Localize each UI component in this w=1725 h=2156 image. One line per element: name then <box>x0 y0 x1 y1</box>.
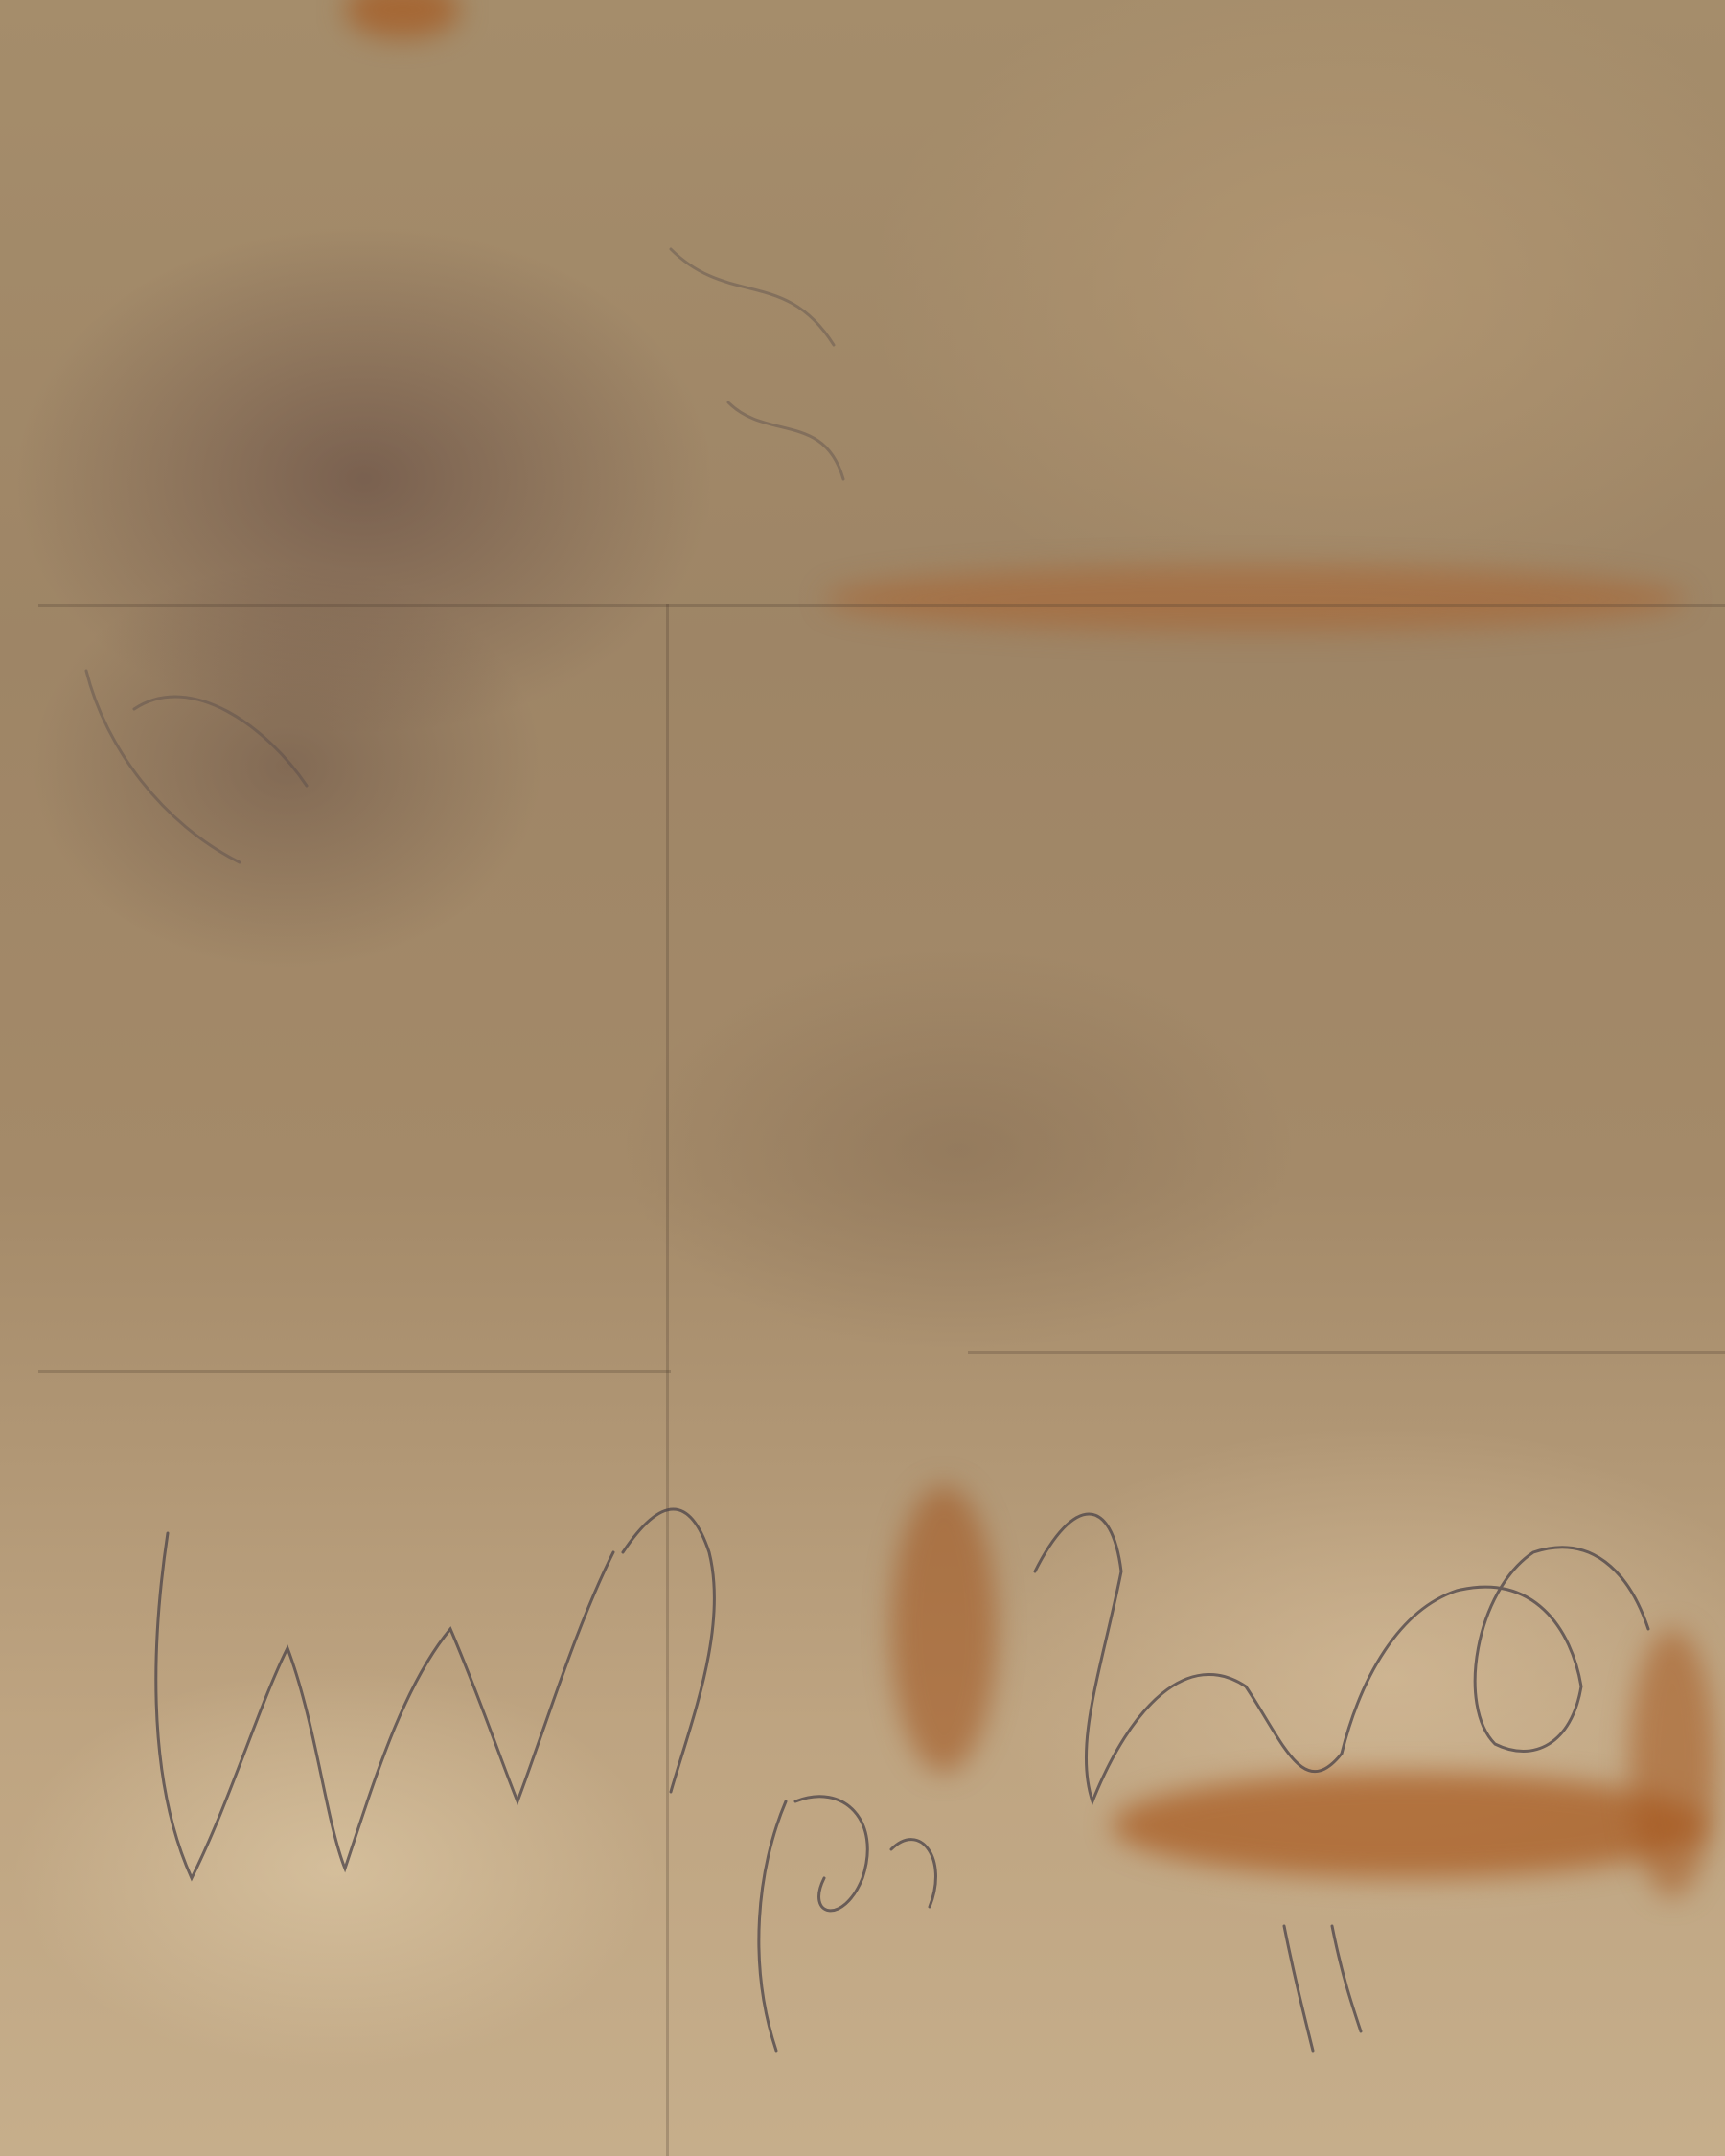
stained-paper-artwork <box>0 0 1725 2156</box>
pencil-scribbles <box>0 0 1725 2156</box>
